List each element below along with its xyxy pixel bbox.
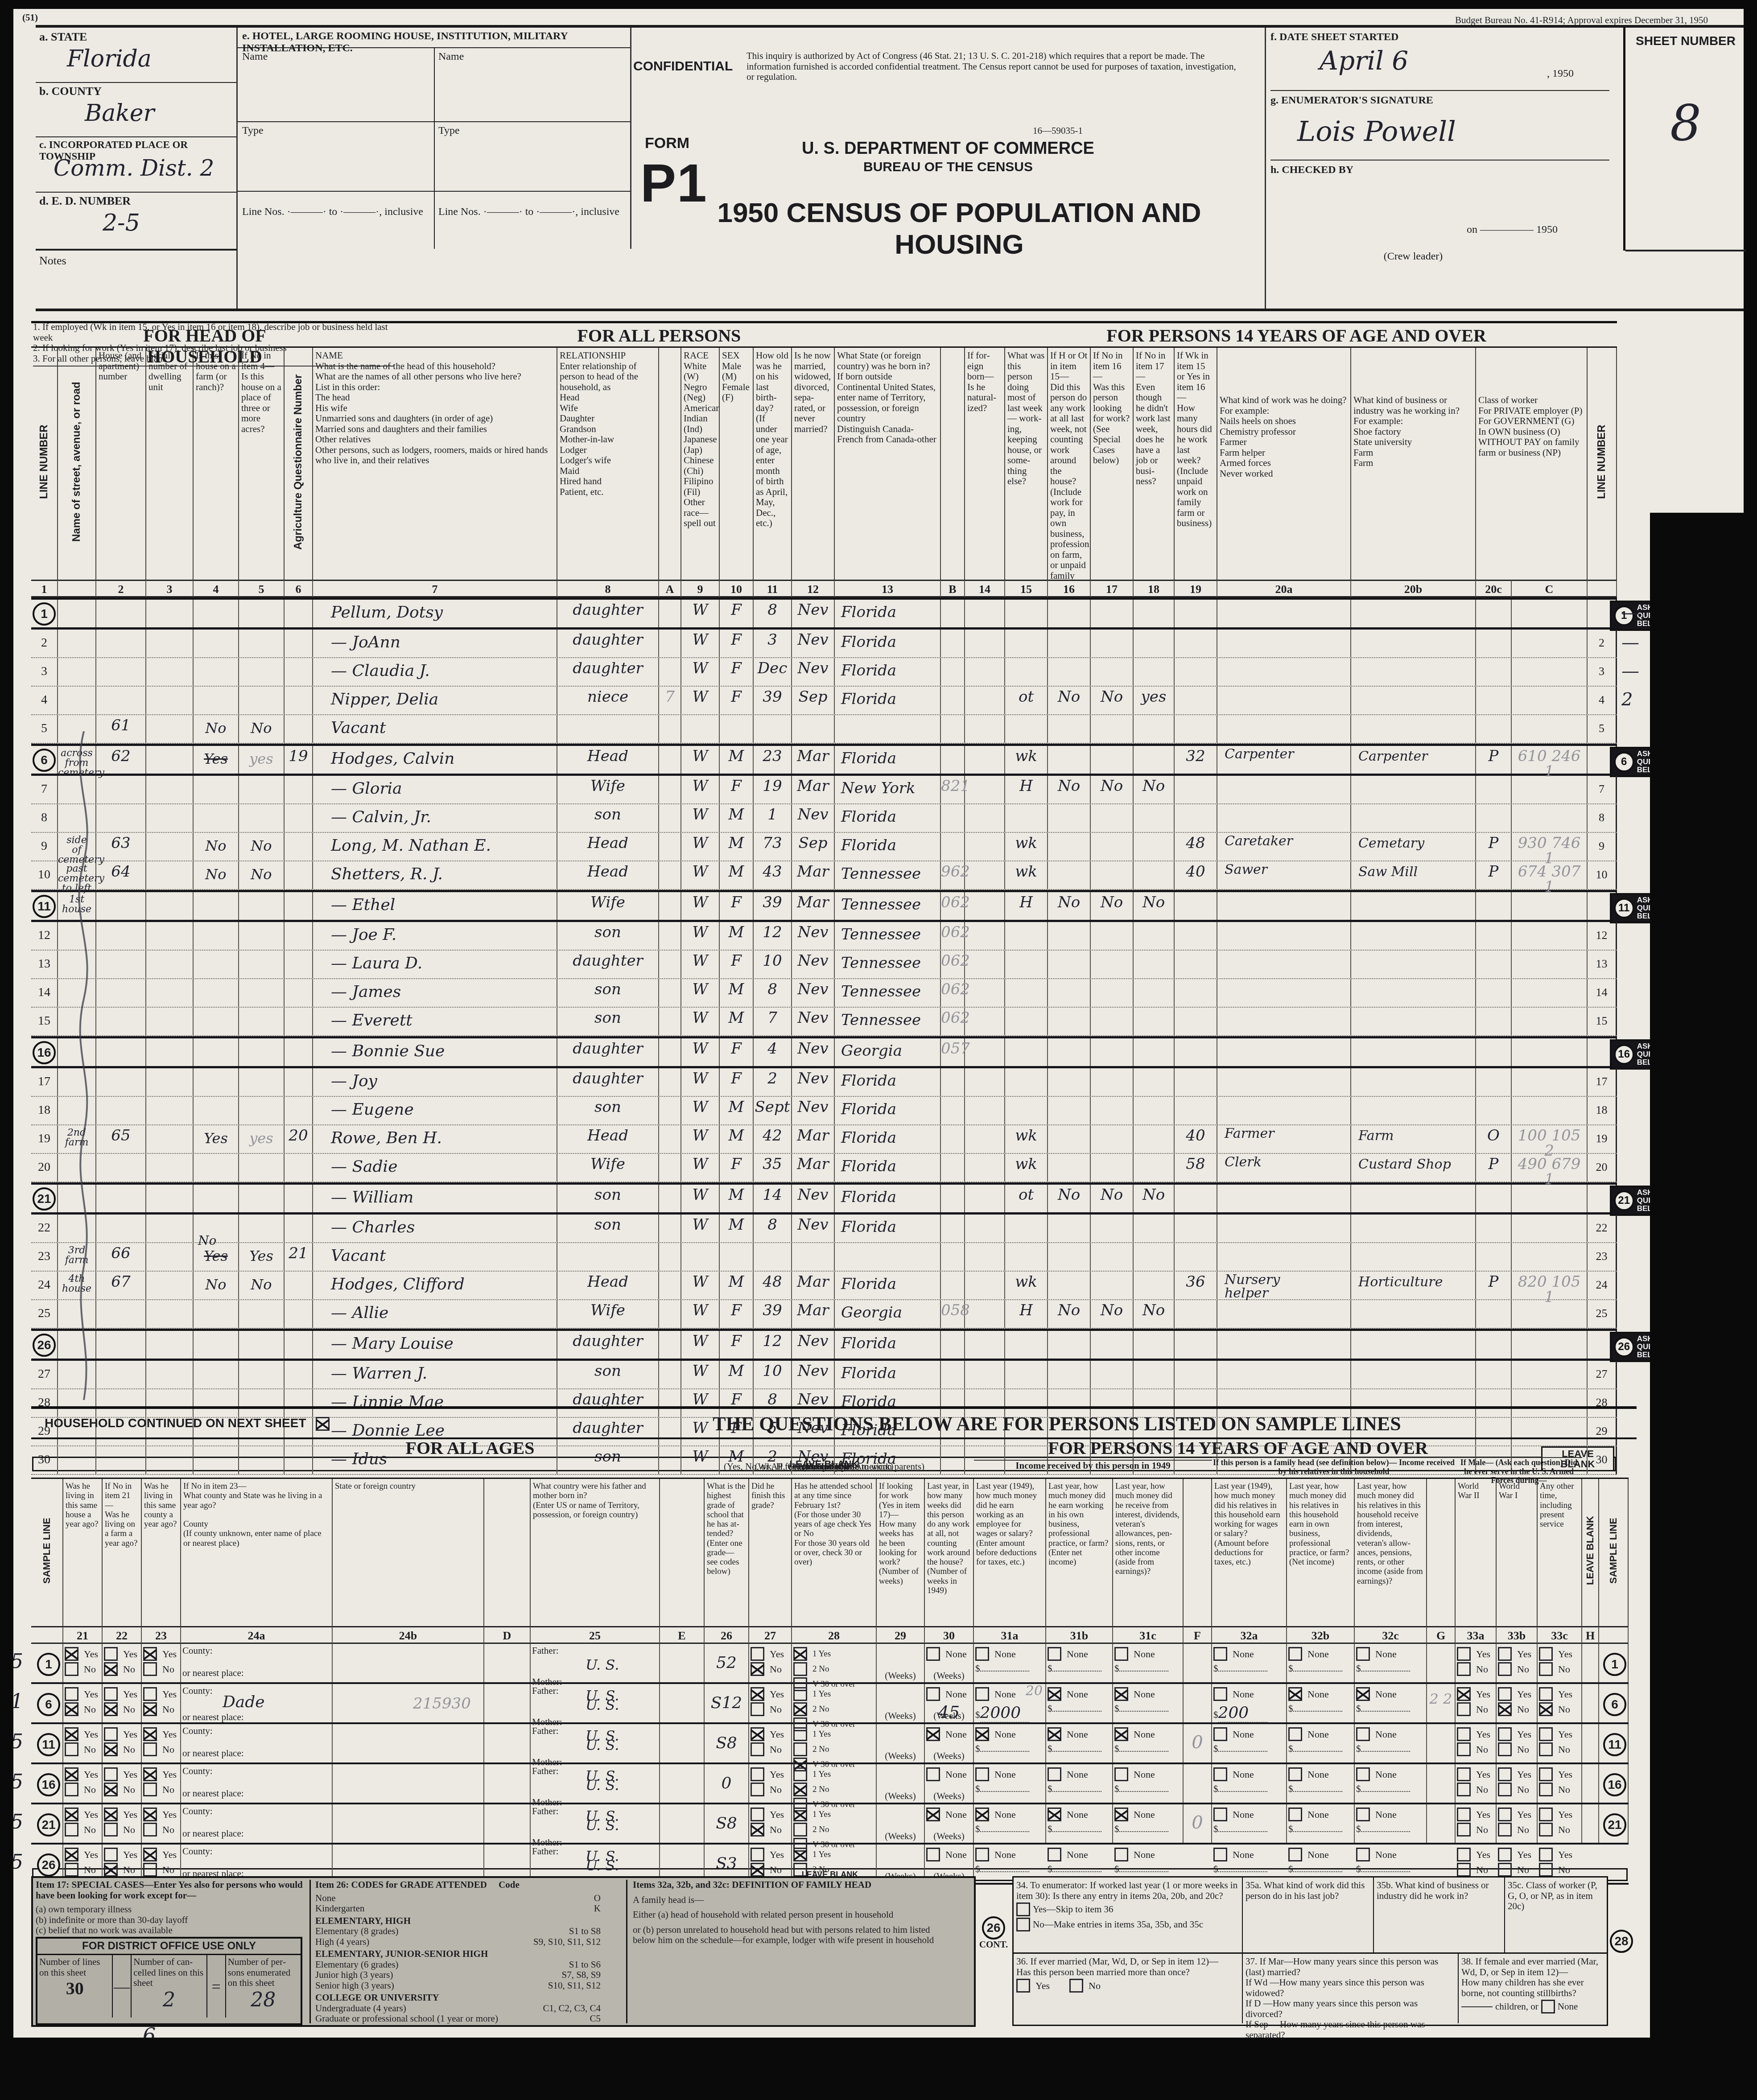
sample-21-q31b-none-box	[1048, 1808, 1061, 1821]
row-23-col-18	[1134, 1243, 1175, 1271]
row-2-col-20c	[1476, 630, 1512, 657]
cell-value-birth: Florida	[835, 746, 940, 767]
sample-16-e	[660, 1764, 705, 1803]
attend-box	[793, 1783, 807, 1796]
attend-box	[793, 1742, 807, 1756]
sample-11-parents: Father:U. S.Mother:U. S.	[531, 1724, 660, 1762]
cell-value: 930 746 1	[1512, 833, 1587, 866]
sample-26-q22-no-box	[104, 1863, 118, 1877]
row-5-col-B	[941, 715, 965, 743]
sample-1-q22-no: No	[104, 1662, 140, 1676]
cell-value: 100 105 2	[1512, 1125, 1587, 1158]
row-13-col-17	[1091, 951, 1134, 978]
row-26-col-5	[239, 1331, 285, 1359]
line-number-text: 15	[38, 1014, 50, 1028]
cell-value: wk	[1005, 833, 1047, 851]
sample-col-header-24b: State or foreign country	[333, 1479, 484, 1626]
row-8-col-20c	[1476, 804, 1512, 832]
line-number-text-right: 5	[1599, 722, 1604, 735]
row-21-col-20b	[1351, 1185, 1476, 1212]
dollar-sign: $	[1114, 1783, 1119, 1794]
row-18-col-13: Florida	[835, 1097, 941, 1124]
weeks-label: (Weeks)	[877, 1791, 924, 1802]
row-21-col-5	[239, 1185, 285, 1212]
cell-value: F	[720, 892, 753, 910]
row-2-col-13: Florida	[835, 630, 941, 657]
sample-21-finish-yes: Yes	[751, 1808, 790, 1821]
row-8-col-8: son	[557, 804, 659, 832]
row-25-col-6	[285, 1300, 313, 1328]
sample-1-other-yes-label: Yes	[1558, 1648, 1572, 1660]
cell-value-farm: No	[194, 1272, 238, 1293]
row-21-col-12: Nev	[792, 1185, 835, 1212]
row-11-col-5	[239, 892, 285, 920]
row-20-col-20b: Custard Shop	[1351, 1154, 1476, 1182]
row-7-col-A	[659, 776, 681, 803]
row-27-line-number: 27	[31, 1361, 58, 1388]
row-22-col-11: 8	[754, 1215, 792, 1242]
row-18-col-20c	[1476, 1097, 1512, 1124]
row-22-col-20a	[1217, 1215, 1351, 1242]
row-16-col-13: Georgia	[835, 1038, 941, 1066]
sample-16-q22-no: No	[104, 1783, 140, 1796]
row-13-col-9: W	[681, 951, 720, 978]
main-col-header-text: If H or Ot in item 15— Did this person d…	[1050, 350, 1088, 580]
row-7-col-12: Mar	[792, 776, 835, 803]
row-13-col-B: 062	[941, 951, 965, 978]
row-6-col-20b: Carpenter	[1351, 746, 1476, 774]
sample-21-q31c-none-box	[1114, 1808, 1128, 1821]
sample-21-q21-yes-box	[65, 1808, 78, 1821]
row-27-col-8: son	[557, 1361, 659, 1388]
main-col-header-text: If Wk in item 15 or Yes in item 16— How …	[1177, 350, 1214, 529]
row-24-col-19: 36	[1175, 1272, 1217, 1299]
line-number-text: 8	[41, 811, 47, 824]
sample-6-q32c-none-box	[1356, 1687, 1370, 1701]
sample-16-q23-no-label: No	[162, 1784, 174, 1795]
sample-1-ww2-no-box	[1457, 1662, 1471, 1676]
row-4-col-2	[96, 687, 146, 714]
sample-16-parents: Father:U. S.Mother:U. S.	[531, 1764, 660, 1803]
row-14-col-9: W	[681, 979, 720, 1007]
sample-6-q23: YesNo	[142, 1684, 181, 1722]
row-20-col-4	[194, 1154, 239, 1182]
sample-16-q31c-none-box	[1114, 1767, 1128, 1781]
cell-value: Nev	[792, 1389, 834, 1407]
row-4-col-15: ot	[1005, 687, 1048, 714]
row-6-col-16	[1048, 746, 1091, 774]
row-20-col-10: F	[720, 1154, 754, 1182]
row-9-line-number: 9	[31, 833, 58, 861]
grade-code-label: Senior high (3 years)	[315, 1981, 394, 1991]
row-19-col-18	[1134, 1125, 1175, 1153]
row-8-col-2	[96, 804, 146, 832]
cell-value: 1	[754, 804, 791, 822]
main-col-header-3: Serial number of dwell­ing unit	[146, 348, 194, 580]
row-14-col-15	[1005, 979, 1048, 1007]
sample-col-number-28: 28	[792, 1626, 877, 1644]
sample-26-other-yes-label: Yes	[1558, 1849, 1572, 1861]
main-col-header-19: If Wk in item 15 or Yes in item 16— How …	[1175, 348, 1217, 580]
item-34-text: 34. To enumerator: If worked last year (…	[1016, 1880, 1239, 1901]
notes-label: Notes	[39, 254, 66, 268]
row-14-col-16	[1048, 979, 1091, 1007]
table-row: 1Pellum, DotsydaughterWF8NevFlorida1ASK …	[31, 597, 1617, 630]
row-15-col-6	[285, 1008, 313, 1035]
bureau-title: BUREAU OF THE CENSUS	[747, 160, 1149, 175]
weeks-label: (Weeks)	[925, 1671, 973, 1681]
row-2-col-11: 3	[754, 630, 792, 657]
row-9-line-number-right: 9	[1588, 833, 1617, 861]
row-12-col-20a	[1217, 922, 1351, 950]
money-line: $	[1356, 1704, 1425, 1714]
sample-1-q23-yes: Yes	[143, 1647, 179, 1661]
sample-16-attend-opt0: 1 Yes	[793, 1767, 874, 1781]
grade-code-row: High (4 years)S9, S10, S11, S12	[315, 1937, 601, 1948]
cell-value: Nev	[792, 1097, 834, 1115]
row-23-col-15	[1005, 1243, 1048, 1271]
sample-21-finish-no: No	[751, 1823, 790, 1836]
sample-6-q31a-none-label: None	[994, 1688, 1016, 1700]
row-7-col-18: No	[1134, 776, 1175, 803]
row-1-col-19	[1175, 600, 1217, 627]
sample-21-q23-no: No	[143, 1823, 179, 1836]
sample-21-ww2-no-label: No	[1476, 1824, 1488, 1836]
row-1-col-7: Pellum, Dotsy	[313, 600, 557, 627]
row-16-col-6	[285, 1038, 313, 1066]
sample-col-header-text: Did he finish this grade?	[751, 1482, 789, 1510]
grade-code-row: Senior high (3 years)S10, S11, S12	[315, 1981, 601, 1991]
row-11-line-number-right: 11ASK QUES. BELOW	[1588, 892, 1617, 920]
sample-21-ww2-yes-label: Yes	[1476, 1809, 1490, 1820]
sample-1-q31b-none: None	[1048, 1647, 1111, 1661]
row-26-col-11: 12	[754, 1331, 792, 1359]
grade-code-row: Elementary (6 grades)S1 to S6	[315, 1960, 601, 1970]
sample-21-ww1: YesNo	[1497, 1804, 1538, 1843]
cell-value: daughter	[557, 630, 658, 647]
grade-code-label: Undergraduate (4 years)	[315, 2003, 406, 2014]
row-15-col-17	[1091, 1008, 1134, 1035]
sample-6-q23-no: No	[143, 1702, 179, 1716]
row-12-col-11: 12	[754, 922, 792, 950]
sample-21-q32c: None$	[1355, 1804, 1427, 1843]
table-row: 8— Calvin, Jr.sonWM1NevFlorida8	[31, 804, 1617, 833]
sample-col-header-label: LEAVE BLANK	[1584, 1482, 1596, 1620]
sample-11-q31b-none: None	[1048, 1727, 1111, 1741]
dollar-sign: $	[1213, 1709, 1218, 1720]
row-27-col-20a	[1217, 1361, 1351, 1388]
sample-21-q31b-none: None	[1048, 1808, 1111, 1821]
row-2-col-6	[285, 630, 313, 657]
main-col-number-20a: 20a	[1217, 580, 1351, 597]
row-26-col-C	[1512, 1331, 1588, 1359]
sample-11-attend: 1 Yes2 NoV 30 or over	[792, 1724, 877, 1762]
hotel-type-label-1: Type	[242, 125, 264, 137]
row-13-col-11: 10	[754, 951, 792, 978]
dollar-rule	[1119, 1671, 1168, 1672]
row-14-col-19	[1175, 979, 1217, 1007]
row-19-col-13: Florida	[835, 1125, 941, 1153]
row-21-col-11: 14	[754, 1185, 792, 1212]
cell-value: W	[681, 804, 719, 822]
cell-value: No	[1048, 892, 1090, 910]
row-16-col-4	[194, 1038, 239, 1066]
row-12-col-7: — Joe F.	[313, 922, 557, 950]
row-13-col-5	[239, 951, 285, 978]
row-16-col-5	[239, 1038, 285, 1066]
sample-26-q31c-none-box	[1114, 1848, 1128, 1861]
cell-value: M	[720, 804, 753, 822]
sample-21-ww2: YesNo	[1456, 1804, 1497, 1843]
sample-26-q21-yes-label: Yes	[84, 1849, 98, 1861]
line-nos-2: Line Nos. ·―――· to ·―――·, inclusive	[438, 206, 619, 218]
sample-26-ww1-no-label: No	[1517, 1864, 1529, 1876]
cell-value: Nev	[792, 1185, 834, 1202]
sample-16-q21-no: No	[65, 1783, 100, 1796]
cell-value: F	[720, 1389, 753, 1407]
dollar-sign: $	[975, 1864, 980, 1874]
row-14-col-4	[194, 979, 239, 1007]
cell-value: M	[720, 922, 753, 940]
row-27-col-7: — Warren J.	[313, 1361, 557, 1388]
sample-line-circle: 26	[37, 1853, 60, 1877]
sample-21-attend-opt1: 2 No	[793, 1823, 874, 1836]
cell-value: H	[1005, 892, 1047, 910]
county-value: Baker	[85, 100, 154, 127]
sample-col-header-text: If No in item 21— Was he living on a far…	[105, 1482, 139, 1548]
sample-1-q23-no-box	[143, 1662, 157, 1676]
row-27-col-A	[659, 1361, 681, 1388]
row-22-col-16	[1048, 1215, 1091, 1242]
sample-26-q21-yes: Yes	[65, 1848, 100, 1861]
row-20-line-number: 20	[31, 1154, 58, 1182]
table-row: 9side of cemetery63NoNoLong, M. Nathan E…	[31, 833, 1617, 861]
line-number-text: 5	[41, 721, 47, 735]
sample-11-q32c-none-box	[1356, 1727, 1370, 1741]
main-col-number-19: 19	[1175, 580, 1217, 597]
dollar-sign: $	[1356, 1703, 1361, 1714]
sample-11-f: 0	[1184, 1724, 1212, 1762]
sample-line-circle: 11	[37, 1733, 60, 1756]
cell-value: 7	[754, 1008, 791, 1025]
row-23-col-6: 21	[285, 1243, 313, 1271]
cont-marker: 26 CONT.	[976, 1916, 1011, 1950]
item-34-no-label: No—Make entries in items 35a, 35b, and 3…	[1033, 1919, 1203, 1930]
row-12-col-18	[1134, 922, 1175, 950]
row-10-col-12: Mar	[792, 861, 835, 889]
row-6-line-number: 6	[31, 746, 58, 774]
sample-6-county: County:Dadeor nearest place:	[181, 1684, 333, 1722]
form-serial: 16—59035-1	[1033, 126, 1083, 136]
row-23-col-3	[146, 1243, 194, 1271]
cell-value: P	[1476, 746, 1511, 764]
sample-line-circle-right: 16	[1614, 1044, 1634, 1065]
row-20-line-number-right: 20	[1588, 1154, 1617, 1182]
sample-16-q22-yes-label: Yes	[123, 1769, 137, 1780]
row-27-col-5	[239, 1361, 285, 1388]
row-18-col-3	[146, 1097, 194, 1124]
row-8-col-10: M	[720, 804, 754, 832]
money-line: $	[1114, 1784, 1181, 1795]
cell-value: 48	[754, 1272, 791, 1289]
sample-11-q31c-none-box	[1114, 1727, 1128, 1741]
main-col-header-20c: Class of worker For PRIVATE employer (P)…	[1476, 348, 1588, 580]
cell-value: No	[1091, 687, 1133, 704]
sample-11-q22: YesNo	[103, 1724, 142, 1762]
main-col-number-20b: 20b	[1351, 580, 1476, 597]
item-36-text: 36. If ever married (Mar, Wd, D, or Sep …	[1016, 1956, 1239, 1977]
row-18-col-16	[1048, 1097, 1091, 1124]
sample-16-ww2-yes-box	[1457, 1767, 1471, 1781]
row-4-col-8: niece	[557, 687, 659, 714]
sample-6-q31a: None$200020	[974, 1684, 1046, 1722]
item-36-no-label: No	[1089, 1980, 1101, 1992]
sample-6-q22-yes: Yes	[104, 1687, 140, 1701]
row-27-col-B	[941, 1361, 965, 1388]
sample-16-ww1-no: No	[1498, 1783, 1535, 1796]
money-line: $	[975, 1824, 1044, 1835]
sample-11-other-yes-box	[1539, 1727, 1553, 1741]
row-17-col-2	[96, 1068, 146, 1096]
sample-6-ww1-yes-box	[1498, 1687, 1512, 1701]
row-22-col-3	[146, 1215, 194, 1242]
sample-6-parents: Father:U. S.Mother:U. S.	[531, 1684, 660, 1722]
cell-value: Dec	[754, 658, 791, 676]
attend-label: 1 Yes	[813, 1729, 831, 1739]
cell-value-name: — Sadie	[313, 1154, 557, 1176]
sample-11-q31a-none-box	[975, 1727, 989, 1741]
money-value: 200	[1218, 1704, 1249, 1722]
sample-16-q23-yes-box	[143, 1767, 157, 1781]
sample-11-attend-opt1: 2 No	[793, 1742, 874, 1756]
line-number-text-right: 9	[1599, 840, 1604, 852]
row-17-col-20c	[1476, 1068, 1512, 1096]
main-col-number-13: 13	[835, 580, 941, 597]
attend-label: 1 Yes	[813, 1850, 831, 1860]
row-23-col-C	[1512, 1243, 1588, 1271]
cell-value: 40	[1175, 1125, 1217, 1143]
main-col-header-text: RELATIONSHIP Enter relationship of perso…	[560, 350, 656, 497]
sample-21-ww1-no-box	[1498, 1823, 1512, 1836]
row-25-col-3	[146, 1300, 194, 1328]
grade-code-label: COLLEGE OR UNIVERSITY	[315, 1993, 439, 2003]
row-27-col-C	[1512, 1361, 1588, 1388]
sample-1-f	[1184, 1644, 1212, 1682]
sample-11-q31a-none-label: None	[994, 1729, 1016, 1740]
cell-value: ot	[1005, 1185, 1047, 1202]
cell-value: 19	[285, 746, 312, 764]
cell-value: 8	[754, 1389, 791, 1407]
row-1-col-18	[1134, 600, 1175, 627]
sample-col-header-23: Was he living in this same coun­ty a yea…	[142, 1479, 181, 1626]
sample-col-header-31a: Last year (1949), how much money did he …	[974, 1479, 1046, 1626]
sample-col-header-text: If looking for work (Yes in item 17)— Ho…	[879, 1482, 922, 1586]
sample-26-q23-yes-box	[143, 1848, 157, 1861]
row-15-col-20a	[1217, 1008, 1351, 1035]
cell-value-farm: No	[194, 715, 238, 737]
sample-16-other-no: No	[1539, 1783, 1580, 1796]
row-8-col-9: W	[681, 804, 720, 832]
attend-box	[793, 1808, 807, 1821]
main-col-number-20c: 20c	[1476, 580, 1512, 597]
cell-value: No	[1091, 776, 1133, 794]
row-18-col-10: M	[720, 1097, 754, 1124]
row-13-col-16	[1048, 951, 1091, 978]
cell-value-acres: Yes	[239, 1243, 284, 1264]
row-21-col-20c	[1476, 1185, 1512, 1212]
row-17-col-20a	[1217, 1068, 1351, 1096]
sample-1-q31c-none-box	[1114, 1647, 1128, 1661]
table-row: 12— Joe F.sonWM12NevTennessee06212	[31, 922, 1617, 951]
cell-value: daughter	[557, 1389, 658, 1407]
sample-6-finish-no-box	[751, 1702, 764, 1716]
line-number-text: 27	[38, 1367, 50, 1381]
cell-value-name: — Gloria	[313, 776, 557, 798]
sample-1-ww1-yes: Yes	[1498, 1647, 1535, 1661]
pencil-f: 0	[1185, 1812, 1210, 1833]
row-8-col-C	[1512, 804, 1588, 832]
cell-value-birth: Florida	[835, 600, 940, 621]
cell-value: M	[720, 979, 753, 997]
sample-6-d: 215930	[484, 1684, 531, 1722]
money-line: $	[975, 1784, 1044, 1795]
dollar-sign: $	[1356, 1783, 1361, 1794]
cell-value-birth: Florida	[835, 1125, 940, 1147]
nearest-label: or nearest place:	[182, 1712, 330, 1723]
cell-value: 73	[754, 833, 791, 851]
row-3-col-12: Nev	[792, 658, 835, 686]
cell-value: M	[720, 833, 753, 851]
sample-16-q32a-none-box	[1213, 1767, 1227, 1781]
sample-col-header-F: LEAVE BLANK	[1184, 1479, 1212, 1626]
sample-6-attend-opt0: 1 Yes	[793, 1687, 874, 1701]
sample-col-header-text: State or foreign country	[335, 1482, 481, 1491]
row-19-col-15: wk	[1005, 1125, 1048, 1153]
sample-11-ww1-yes-label: Yes	[1517, 1729, 1531, 1740]
sample-1-q31c-none-label: None	[1134, 1648, 1155, 1660]
row-16-col-10: F	[720, 1038, 754, 1066]
row-14-col-C	[1512, 979, 1588, 1007]
row-10-line-number: 10	[31, 861, 58, 889]
cell-value: 14	[754, 1185, 791, 1202]
sample-26-q32c-none-box	[1356, 1848, 1370, 1861]
sample-11-q21: YesNo	[63, 1724, 103, 1762]
row-25-col-16: No	[1048, 1300, 1091, 1328]
weeks-label: (Weeks)	[877, 1751, 924, 1762]
sample-1-other: YesNo	[1538, 1644, 1582, 1682]
dollar-sign: $	[1114, 1743, 1119, 1754]
row-4-col-4	[194, 687, 239, 714]
row-2-col-20a	[1217, 630, 1351, 657]
sample-1-q30-none: None	[926, 1647, 972, 1661]
row-7-col-5	[239, 776, 285, 803]
row-3-col-20b	[1351, 658, 1476, 686]
main-col-header-18: If No in item 17— Even though he didn't …	[1134, 348, 1175, 580]
cell-value: 39	[754, 1300, 791, 1318]
grade-code-row: Graduate or professional school (1 year …	[315, 2014, 601, 2024]
row-20-col-8: Wife	[557, 1154, 659, 1182]
row-20-col-13: Florida	[835, 1154, 941, 1182]
sample-21-q23-yes: Yes	[143, 1808, 179, 1821]
sample-26-finish-yes-label: Yes	[770, 1849, 784, 1861]
dollar-rule	[1361, 1711, 1410, 1712]
line-number-text-right: 23	[1596, 1250, 1608, 1263]
sample-26-q21-yes-box	[65, 1848, 78, 1861]
sample-col-header-32b: Last year, how much money did his rela­t…	[1287, 1479, 1355, 1626]
table-row: 192nd farm65Yesyes20Rowe, Ben H.HeadWM42…	[31, 1125, 1617, 1154]
row-18-col-4	[194, 1097, 239, 1124]
sample-col-header-E: LEAVE BLANK	[660, 1479, 705, 1626]
